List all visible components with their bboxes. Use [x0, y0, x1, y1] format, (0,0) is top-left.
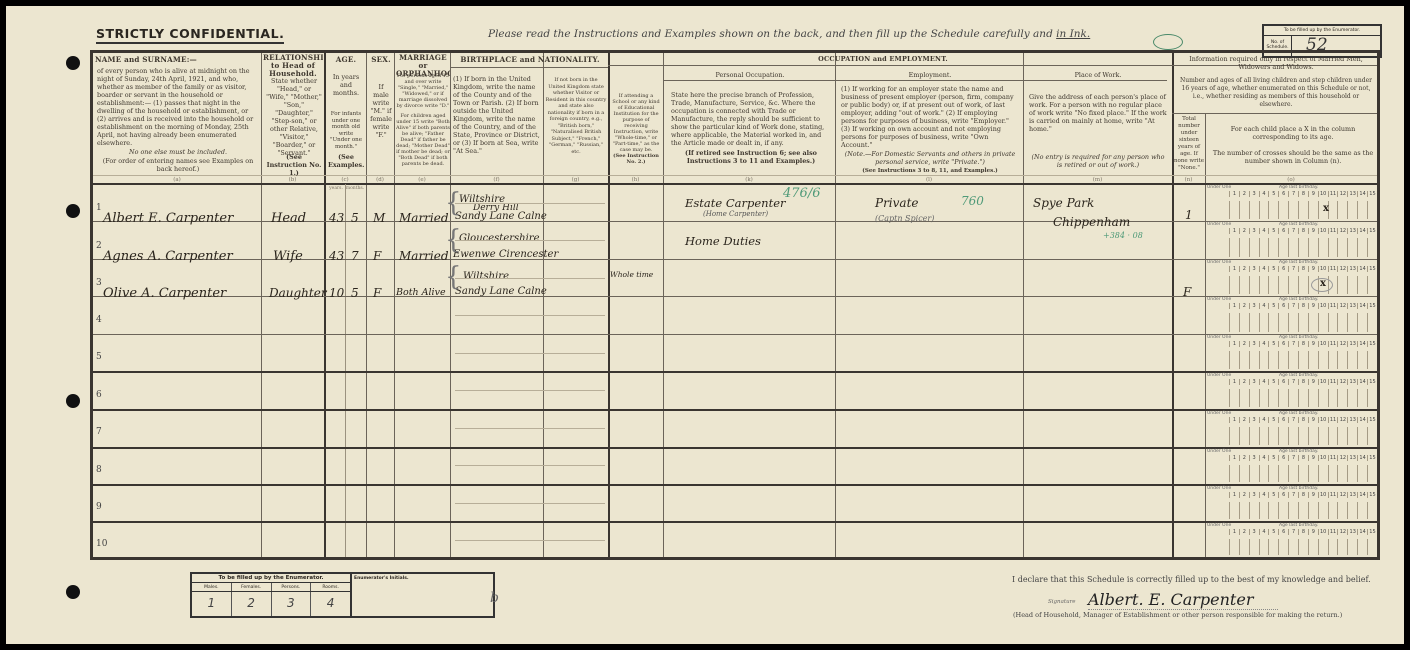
employer: Private — [875, 196, 919, 210]
females-count: 2 — [231, 592, 271, 616]
row-number: 7 — [96, 427, 102, 437]
birthplace-county: Wiltshire — [463, 271, 509, 282]
punch-hole — [66, 204, 80, 218]
col-letter: (k) — [663, 177, 835, 183]
col-desc-employment: (1) If working for an employer state the… — [841, 85, 1019, 149]
col-note-name: No one else must be included. — [97, 148, 259, 156]
header-rule — [663, 80, 1167, 81]
col-desc-nationality: If not born in the United Kingdom state … — [545, 77, 607, 155]
header-bottom-rule — [93, 183, 1377, 185]
birthplace-town: Sandy Lane Calne — [455, 286, 547, 297]
row-divider — [93, 447, 1377, 449]
persons-label: Persons. — [271, 583, 311, 591]
birthplace-town: Ewenwe Cirencester — [453, 249, 558, 260]
age-years-label: years. — [327, 186, 345, 191]
col-letter: (o) — [1205, 177, 1377, 183]
col-footer-relationship: (See Instruction No. 1.) — [265, 153, 323, 177]
total-children: 1 — [1185, 208, 1193, 222]
occupation-note: (Home Carpenter) — [703, 210, 768, 218]
enumerator-initials-label: Enumerator's Initials. — [354, 576, 424, 581]
col-header-employment: Employment. — [837, 71, 1023, 79]
col-children-marriage: For children aged under 15 write "Both A… — [396, 113, 450, 167]
col-desc-school: If attending a School or any kind of Edu… — [610, 93, 662, 153]
signature-label: Signature — [1048, 599, 1076, 605]
row-number: 8 — [96, 465, 102, 475]
marital-status: Married — [399, 211, 449, 225]
col-header-occupation-group: OCCUPATION and EMPLOYMENT. — [663, 55, 1103, 63]
birthplace-split — [455, 315, 605, 316]
punch-hole — [66, 56, 80, 70]
row-number: 9 — [96, 502, 102, 512]
marital-status: Both Alive — [396, 287, 446, 298]
col-letter: (e) — [394, 177, 450, 183]
birthplace-town: Sandy Lane Calne — [455, 211, 547, 222]
age-years: 43 — [329, 249, 344, 263]
females-label: Females. — [231, 583, 271, 591]
row-number: 1 — [96, 203, 102, 213]
header-rule — [1172, 113, 1377, 114]
col-desc-child-crosses: For each child place a X in the column c… — [1209, 125, 1377, 141]
col-letter: (f) — [450, 177, 543, 183]
sex: M — [373, 211, 385, 225]
row-divider — [93, 409, 1377, 411]
col-letter: (b) — [261, 177, 324, 183]
row-number: 4 — [96, 315, 102, 325]
col-letter: (d) — [366, 177, 394, 183]
col-desc-personal-occupation: State here the precise branch of Profess… — [671, 91, 831, 147]
birthplace-split — [455, 353, 605, 354]
child-age-grid: Under One Age last birthday. 12345678910… — [1207, 222, 1377, 259]
col-infants-age: For infants under one month old write "U… — [328, 111, 364, 150]
person-name: Agnes A. Carpenter — [103, 249, 233, 264]
col-header-place-of-work: Place of Work. — [1025, 71, 1171, 79]
age-years: 10 — [329, 286, 344, 300]
sex: F — [373, 286, 381, 300]
col-letter: (n) — [1172, 177, 1205, 183]
relationship: Wife — [273, 249, 303, 264]
birthplace-split — [455, 465, 605, 466]
col-divider — [663, 53, 664, 557]
age-months: 7 — [351, 249, 359, 263]
col-divider — [366, 53, 367, 557]
place-of-work: Spye Park — [1033, 196, 1094, 210]
stray-pencil-mark: b — [490, 590, 499, 606]
col-desc-relationship: State whether "Head," or "Wife," "Mother… — [265, 77, 323, 157]
school-attendance: Whole time — [610, 270, 653, 279]
col-divider — [543, 53, 544, 557]
col-footer-school: (See Instruction No. 2.) — [610, 153, 662, 165]
age-months: 5 — [351, 286, 359, 300]
relationship: Head — [271, 211, 306, 226]
birthplace-split — [455, 203, 605, 204]
age-months-label: months. — [345, 186, 365, 191]
col-desc-married-info: Number and ages of all living children a… — [1176, 77, 1376, 109]
child-age-grid: Under One Age last birthday. 12345678910… — [1207, 297, 1377, 334]
child-age-grid: Under One Age last birthday. 12345678910… — [1207, 185, 1377, 221]
col-desc-sex: If male write "M." if female write "F." — [370, 83, 392, 139]
col-divider — [261, 53, 262, 557]
row-divider — [93, 334, 1377, 335]
sex: F — [373, 249, 381, 263]
child-age-grid: Under One Age last birthday. 12345678910… — [1207, 523, 1377, 557]
col-header-relationship: RELATIONSHIP to Head of Household. — [263, 54, 323, 78]
col-desc-total-children: Total number under sixteen years of age.… — [1174, 116, 1204, 172]
rooms-count: 4 — [310, 592, 350, 616]
row-divider — [93, 484, 1377, 486]
enum-divider — [350, 574, 352, 616]
relationship: Daughter — [269, 286, 327, 300]
col-divider — [450, 53, 451, 557]
col-letter: (c) — [324, 177, 366, 183]
birthplace-split — [455, 503, 605, 504]
col-desc-name: of every person who is alive at midnight… — [97, 67, 259, 147]
birthplace-split — [455, 540, 605, 541]
col-header-birthplace: BIRTHPLACE and NATIONALITY. — [453, 56, 607, 64]
enumerator-box: To be filled up by the Enumerator. Enume… — [190, 572, 495, 618]
row-number: 3 — [96, 278, 102, 288]
header-rule — [450, 67, 608, 68]
rooms-label: Rooms. — [310, 583, 350, 591]
col-header-married-info: Information required only in respect of … — [1174, 55, 1378, 71]
col-footer-employment: (See Instructions 3 to 8, 11, and Exampl… — [841, 167, 1019, 175]
occupation-code: 476/6 — [783, 186, 820, 201]
declaration-text: I declare that this Schedule is correctl… — [1012, 575, 1371, 584]
birthplace-county: Gloucestershire — [459, 233, 539, 244]
col-divider — [394, 53, 395, 557]
confidential-heading: STRICTLY CONFIDENTIAL. — [96, 26, 284, 44]
instructions-line: Please read the Instructions and Example… — [488, 28, 1090, 40]
col-header-age: AGE. — [326, 56, 366, 64]
person-name: Olive A. Carpenter — [103, 286, 226, 301]
place-code: +384 · 08 — [1103, 231, 1143, 240]
instructions-ink: in Ink. — [1056, 28, 1090, 40]
birthplace-split — [455, 390, 605, 391]
child-age-grid: Under One Age last birthday. 12345678910… — [1207, 411, 1377, 447]
col-letter: (a) — [93, 177, 261, 183]
age-months: 5 — [351, 211, 359, 225]
row-number: 10 — [96, 539, 107, 549]
place-of-work-town: Chippenham — [1053, 215, 1130, 229]
row-number: 2 — [96, 241, 102, 251]
col-footer-age: (See Examples.) — [328, 153, 364, 169]
household-schedule-table: NAME and SURNAME:— of every person who i… — [90, 50, 1380, 560]
punch-hole — [66, 394, 80, 408]
instructions-text: Please read the Instructions and Example… — [488, 28, 1056, 40]
occupation: Home Duties — [685, 234, 761, 248]
row-number: 5 — [96, 352, 102, 362]
child-age-cross: x — [1320, 278, 1326, 289]
col-note-employment: (Note.—For Domestic Servants and others … — [841, 150, 1019, 166]
child-age-grid: Under One Age last birthday. 12345678910… — [1207, 449, 1377, 484]
col-desc-age: In years and months. — [329, 73, 363, 97]
signature: Albert. E. Carpenter — [1088, 590, 1278, 610]
col-header-personal-occupation: Personal Occupation. — [665, 71, 835, 79]
child-age-grid: Under One Age last birthday. 12345678910… — [1207, 260, 1377, 296]
child-age-grid: Under One Age last birthday. 12345678910… — [1207, 373, 1377, 409]
col-footer-personal-occupation: (If retired see Instruction 6; see also … — [671, 149, 831, 165]
col-footer-name: (For order of entering names see Example… — [97, 157, 259, 173]
brace-mark: { — [445, 262, 462, 292]
employer-note: (Captn Spicer) — [875, 214, 934, 223]
row-divider — [93, 371, 1377, 373]
child-age-grid: Under One Age last birthday. 12345678910… — [1207, 335, 1377, 371]
pencil-oval-mark — [1153, 34, 1183, 50]
child-age-grid: Under One Age last birthday. 12345678910… — [1207, 486, 1377, 521]
row-number: 6 — [96, 390, 102, 400]
birthplace-split — [455, 278, 605, 279]
col-note-place-of-work: (No entry is required for any person who… — [1029, 153, 1167, 169]
birthplace-split — [455, 240, 605, 241]
total-children: F — [1183, 285, 1191, 299]
col-note-child-crosses: The number of crosses should be the same… — [1209, 149, 1377, 165]
row-divider — [93, 521, 1377, 523]
occupation: Estate Carpenter — [685, 196, 786, 210]
col-desc-place-of-work: Give the address of each person's place … — [1029, 93, 1167, 133]
persons-count: 3 — [271, 592, 311, 616]
col-letter: (h) — [608, 177, 663, 183]
males-count: 1 — [192, 592, 231, 616]
col-desc-marriage: For persons aged 15 and over write "Sing… — [396, 73, 450, 109]
child-age-cross: x — [1323, 203, 1329, 214]
col-letter: (m) — [1023, 177, 1172, 183]
birthplace-split — [455, 428, 605, 429]
age-years: 43 — [329, 211, 344, 225]
marital-status: Married — [399, 249, 449, 263]
col-letter: (l) — [835, 177, 1023, 183]
col-divider — [324, 53, 326, 557]
col-divider — [835, 53, 836, 557]
males-label: Males. — [192, 583, 231, 591]
person-name: Albert E. Carpenter — [103, 211, 233, 226]
signature-note: (Head of Household, Manager of Establish… — [1013, 611, 1342, 619]
col-header-name: NAME and SURNAME:— — [95, 56, 259, 64]
col-header-sex: SEX. — [368, 56, 394, 64]
employer-code: 760 — [961, 194, 984, 208]
col-letter: (g) — [543, 177, 608, 183]
punch-hole — [66, 585, 80, 599]
col-desc-birthplace: (1) If born in the United Kingdom, write… — [453, 75, 543, 155]
enumerator-box-title: To be filled up by the Enumerator. — [192, 574, 350, 583]
col-divider — [1023, 53, 1024, 557]
